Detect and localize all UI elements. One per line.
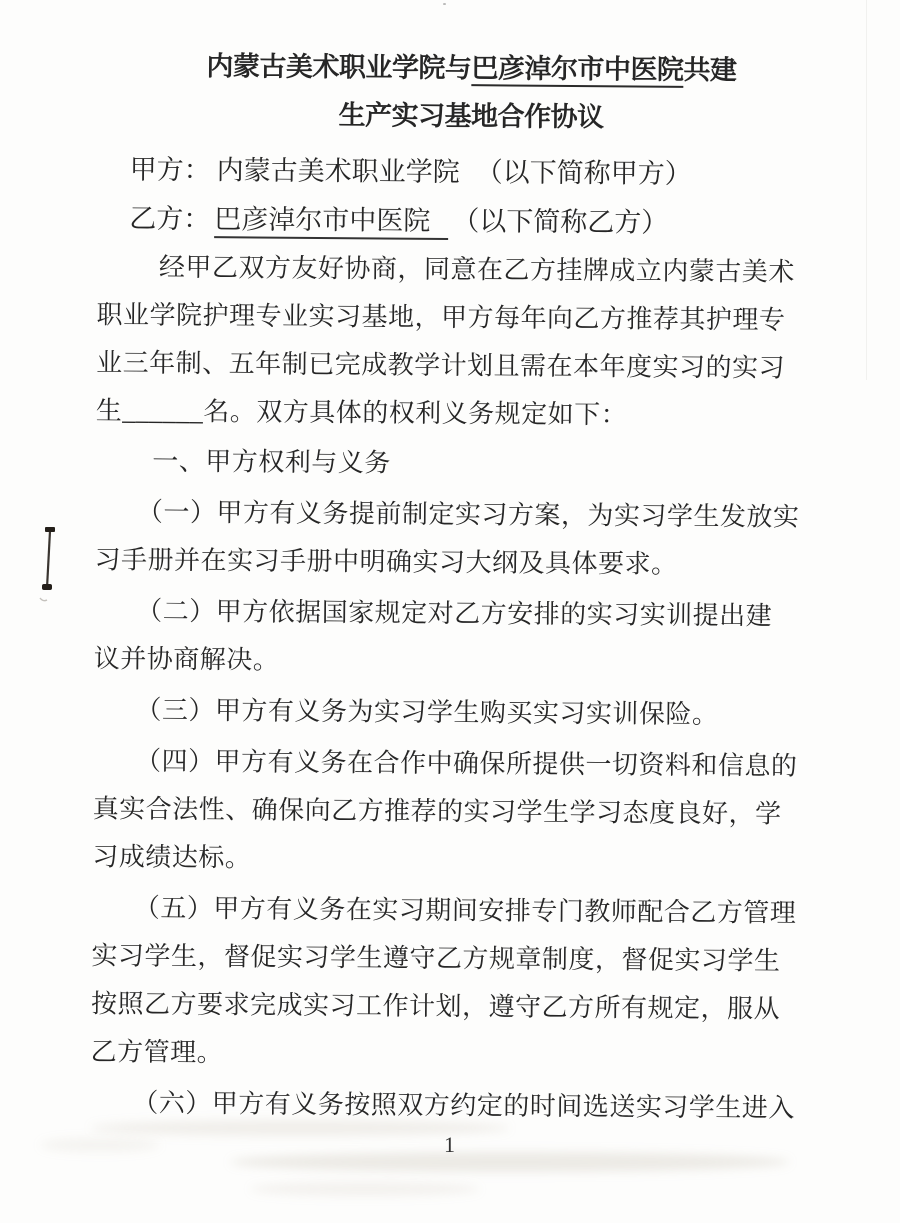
document-content: 内蒙古美术职业学院与巴彦淖尔市中医院共建 生产实习基地合作协议 甲方：内蒙古美术… [0, 0, 900, 1133]
doc-paragraph: （五）甲方有义务在实习期间安排专门教师配合乙方管理实习学生，督促实习学生遵守乙方… [91, 884, 833, 1082]
party-a-name: 内蒙古美术职业学院 [217, 155, 460, 187]
section-heading: 一、甲方权利与义务 [95, 437, 836, 491]
title-suffix: 共建 [683, 55, 736, 85]
party-block: 甲方：内蒙古美术职业学院（以下简称甲方） 乙方：巴彦淖尔市中医院（以下简称乙方） [129, 145, 899, 249]
text-line: 按照乙方要求完成实习工作计划，遵守乙方所有规定，服从 [91, 980, 832, 1034]
party-b-name-underlined: 巴彦淖尔市中医院 [214, 204, 448, 240]
party-b-label: 乙方： [129, 203, 210, 234]
text-line: 真实合法性、确保向乙方推荐的实习学生学习态度良好，学 [92, 785, 833, 839]
text-line: （五）甲方有义务在实习期间安排专门教师配合乙方管理 [92, 884, 833, 938]
party-a-note: （以下简称甲方） [476, 157, 692, 189]
text-line: 实习学生，督促实习学生遵守乙方规章制度，督促实习学生 [91, 932, 832, 986]
party-a-label: 甲方： [130, 154, 211, 185]
title-hospital-name-underlined: 巴彦淖尔市中医院 [471, 53, 683, 88]
title-college-name: 内蒙古美术职业学院与 [206, 51, 471, 83]
scan-edge-line [866, 0, 867, 380]
margin-pen-mark-icon [36, 522, 60, 617]
doc-title-line-1: 内蒙古美术职业学院与巴彦淖尔市中医院共建 [21, 41, 900, 96]
scan-noise-blotch [40, 1138, 160, 1152]
party-b-row: 乙方：巴彦淖尔市中医院（以下简称乙方） [129, 194, 898, 249]
text-line: 习手册并在实习手册中明确实习大纲及具体要求。 [94, 536, 835, 590]
text-line: 议并协商解决。 [94, 635, 835, 689]
text-line: （四）甲方有义务在合作中确保所提供一切资料和信息的 [93, 737, 834, 791]
scanned-document-page: 内蒙古美术职业学院与巴彦淖尔市中医院共建 生产实习基地合作协议 甲方：内蒙古美术… [0, 0, 900, 1223]
text-line: 经甲乙双方友好协商，同意在乙方挂牌成立内蒙古美术 [97, 243, 838, 297]
text-line: 生______名。双方具体的权利义务规定如下： [96, 387, 837, 441]
doc-paragraph: （三）甲方有义务为实习学生购买实习实训保险。 [93, 686, 834, 740]
text-line: 乙方管理。 [91, 1028, 832, 1082]
text-line: （一）甲方有义务提前制定实习方案，为实习学生发放实 [95, 488, 836, 542]
scan-noise-blotch [250, 1182, 480, 1196]
page-number: 1 [444, 1132, 455, 1158]
doc-paragraph: （四）甲方有义务在合作中确保所提供一切资料和信息的真实合法性、确保向乙方推荐的实… [92, 737, 834, 887]
text-line: 一、甲方权利与义务 [95, 437, 836, 491]
scan-noise-blotch [230, 1152, 790, 1172]
text-line: 习成绩达标。 [92, 833, 833, 887]
doc-paragraph: （一）甲方有义务提前制定实习方案，为实习学生发放实习手册并在实习手册中明确实习大… [94, 488, 836, 590]
text-line: （二）甲方依据国家规定对乙方安排的实习实训提出建 [94, 587, 835, 641]
text-line: 职业学院护理专业实习基地，甲方每年向乙方推荐其护理专 [96, 291, 837, 345]
doc-paragraph: 经甲乙双方友好协商，同意在乙方挂牌成立内蒙古美术职业学院护理专业实习基地，甲方每… [96, 243, 838, 441]
text-line: （三）甲方有义务为实习学生购买实习实训保险。 [93, 686, 834, 740]
party-b-note: （以下简称乙方） [452, 206, 668, 238]
doc-paragraph: （二）甲方依据国家规定对乙方安排的实习实训提出建议并协商解决。 [94, 587, 836, 689]
doc-title-line-2: 生产实习基地合作协议 [21, 89, 900, 144]
document-title: 内蒙古美术职业学院与巴彦淖尔市中医院共建 生产实习基地合作协议 [21, 0, 900, 144]
scan-speck [443, 3, 446, 5]
party-a-row: 甲方：内蒙古美术职业学院（以下简称甲方） [129, 145, 898, 200]
doc-body: 经甲乙双方友好协商，同意在乙方挂牌成立内蒙古美术职业学院护理专业实习基地，甲方每… [90, 243, 838, 1133]
text-line: 业三年制、五年制已完成教学计划且需在本年度实习的实习 [96, 339, 837, 393]
